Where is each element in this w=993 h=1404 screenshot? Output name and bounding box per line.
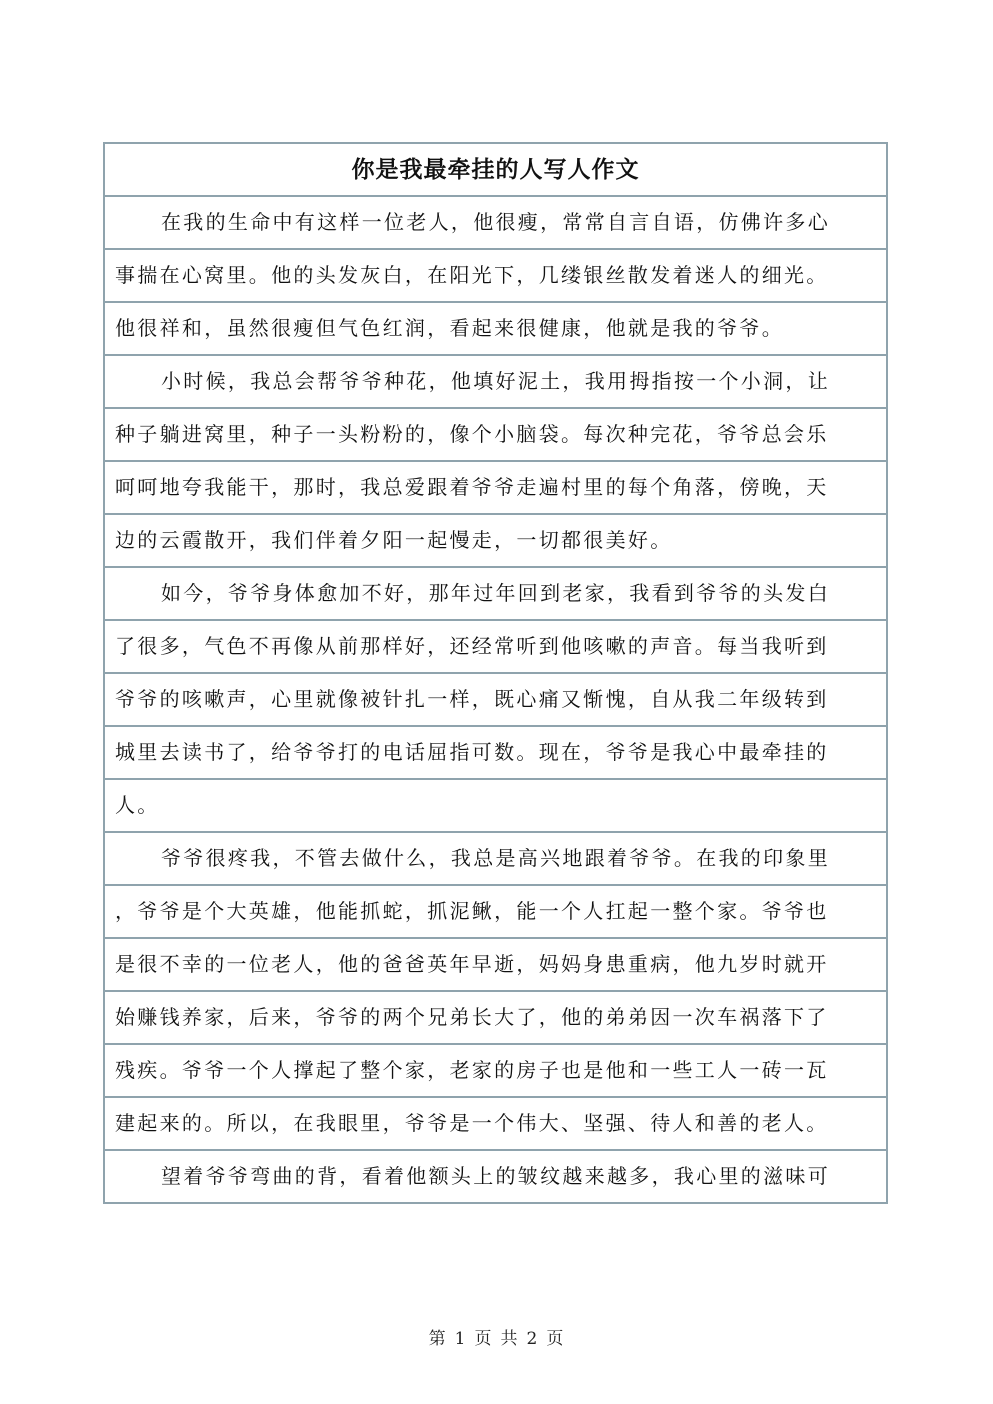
text-line: ，爷爷是个大英雄，他能抓蛇，抓泥鳅，能一个人扛起一整个家。爷爷也: [104, 885, 887, 938]
text-line: 爷爷很疼我，不管去做什么，我总是高兴地跟着爷爷。在我的印象里: [104, 832, 887, 885]
paragraph-line: 事揣在心窝里。他的头发灰白，在阳光下，几缕银丝散发着迷人的细光。: [104, 249, 887, 302]
text-line: 望着爷爷弯曲的背，看着他额头上的皱纹越来越多，我心里的滋味可: [104, 1150, 887, 1203]
text-line: 呵呵地夸我能干，那时，我总爱跟着爷爷走遍村里的每个角落，傍晚，天: [104, 461, 887, 514]
current-page-number: 1: [455, 1329, 467, 1349]
paragraph-line: 爷爷的咳嗽声，心里就像被针扎一样，既心痛又惭愧，自从我二年级转到: [104, 673, 887, 726]
document-page: 你是我最牵挂的人写人作文 在我的生命中有这样一位老人，他很瘦，常常自言自语，仿佛…: [0, 0, 993, 1404]
text-line: 爷爷的咳嗽声，心里就像被针扎一样，既心痛又惭愧，自从我二年级转到: [104, 673, 887, 726]
paragraph-line: 在我的生命中有这样一位老人，他很瘦，常常自言自语，仿佛许多心: [104, 196, 887, 249]
paragraph-line: 城里去读书了，给爷爷打的电话屈指可数。现在，爷爷是我心中最牵挂的: [104, 726, 887, 779]
text-line: 建起来的。所以，在我眼里，爷爷是一个伟大、坚强、待人和善的老人。: [104, 1097, 887, 1150]
text-line: 小时候，我总会帮爷爷种花，他填好泥土，我用拇指按一个小洞，让: [104, 355, 887, 408]
essay-title: 你是我最牵挂的人写人作文: [104, 143, 887, 196]
text-line: 种子躺进窝里，种子一头粉粉的，像个小脑袋。每次种完花，爷爷总会乐: [104, 408, 887, 461]
paragraph-line: 呵呵地夸我能干，那时，我总爱跟着爷爷走遍村里的每个角落，傍晚，天: [104, 461, 887, 514]
text-line: 边的云霞散开，我们伴着夕阳一起慢走，一切都很美好。: [104, 514, 887, 567]
total-pages-number: 2: [527, 1329, 539, 1349]
text-line: 始赚钱养家，后来，爷爷的两个兄弟长大了，他的弟弟因一次车祸落下了: [104, 991, 887, 1044]
text-line: 残疾。爷爷一个人撑起了整个家，老家的房子也是他和一些工人一砖一瓦: [104, 1044, 887, 1097]
paragraph-line: 边的云霞散开，我们伴着夕阳一起慢走，一切都很美好。: [104, 514, 887, 567]
page-prefix: 第: [429, 1329, 447, 1349]
page-word-2: 页: [546, 1329, 564, 1349]
text-line: 他很祥和，虽然很瘦但气色红润，看起来很健康，他就是我的爷爷。: [104, 302, 887, 355]
text-line: 人。: [104, 779, 887, 832]
page-word: 页: [475, 1329, 493, 1349]
text-line: 事揣在心窝里。他的头发灰白，在阳光下，几缕银丝散发着迷人的细光。: [104, 249, 887, 302]
paragraph-line: 望着爷爷弯曲的背，看着他额头上的皱纹越来越多，我心里的滋味可: [104, 1150, 887, 1203]
paragraph-line: ，爷爷是个大英雄，他能抓蛇，抓泥鳅，能一个人扛起一整个家。爷爷也: [104, 885, 887, 938]
text-line: 在我的生命中有这样一位老人，他很瘦，常常自言自语，仿佛许多心: [104, 196, 887, 249]
text-line: 如今，爷爷身体愈加不好，那年过年回到老家，我看到爷爷的头发白: [104, 567, 887, 620]
paragraph-line: 始赚钱养家，后来，爷爷的两个兄弟长大了，他的弟弟因一次车祸落下了: [104, 991, 887, 1044]
paragraph-line: 建起来的。所以，在我眼里，爷爷是一个伟大、坚强、待人和善的老人。: [104, 1097, 887, 1150]
paragraph-line: 如今，爷爷身体愈加不好，那年过年回到老家，我看到爷爷的头发白: [104, 567, 887, 620]
paragraph-line: 是很不幸的一位老人，他的爸爸英年早逝，妈妈身患重病，他九岁时就开: [104, 938, 887, 991]
paragraph-line: 了很多，气色不再像从前那样好，还经常听到他咳嗽的声音。每当我听到: [104, 620, 887, 673]
paragraph-line: 种子躺进窝里，种子一头粉粉的，像个小脑袋。每次种完花，爷爷总会乐: [104, 408, 887, 461]
total-prefix: 共: [501, 1329, 519, 1349]
paragraph-line: 残疾。爷爷一个人撑起了整个家，老家的房子也是他和一些工人一砖一瓦: [104, 1044, 887, 1097]
text-line: 城里去读书了，给爷爷打的电话屈指可数。现在，爷爷是我心中最牵挂的: [104, 726, 887, 779]
paragraph-line: 小时候，我总会帮爷爷种花，他填好泥土，我用拇指按一个小洞，让: [104, 355, 887, 408]
title-row: 你是我最牵挂的人写人作文: [104, 143, 887, 196]
paragraph-line: 爷爷很疼我，不管去做什么，我总是高兴地跟着爷爷。在我的印象里: [104, 832, 887, 885]
text-line: 了很多，气色不再像从前那样好，还经常听到他咳嗽的声音。每当我听到: [104, 620, 887, 673]
essay-table: 你是我最牵挂的人写人作文 在我的生命中有这样一位老人，他很瘦，常常自言自语，仿佛…: [103, 142, 888, 1204]
page-footer: 第1页共2页: [0, 1324, 993, 1349]
text-line: 是很不幸的一位老人，他的爸爸英年早逝，妈妈身患重病，他九岁时就开: [104, 938, 887, 991]
paragraph-line: 他很祥和，虽然很瘦但气色红润，看起来很健康，他就是我的爷爷。: [104, 302, 887, 355]
paragraph-line: 人。: [104, 779, 887, 832]
